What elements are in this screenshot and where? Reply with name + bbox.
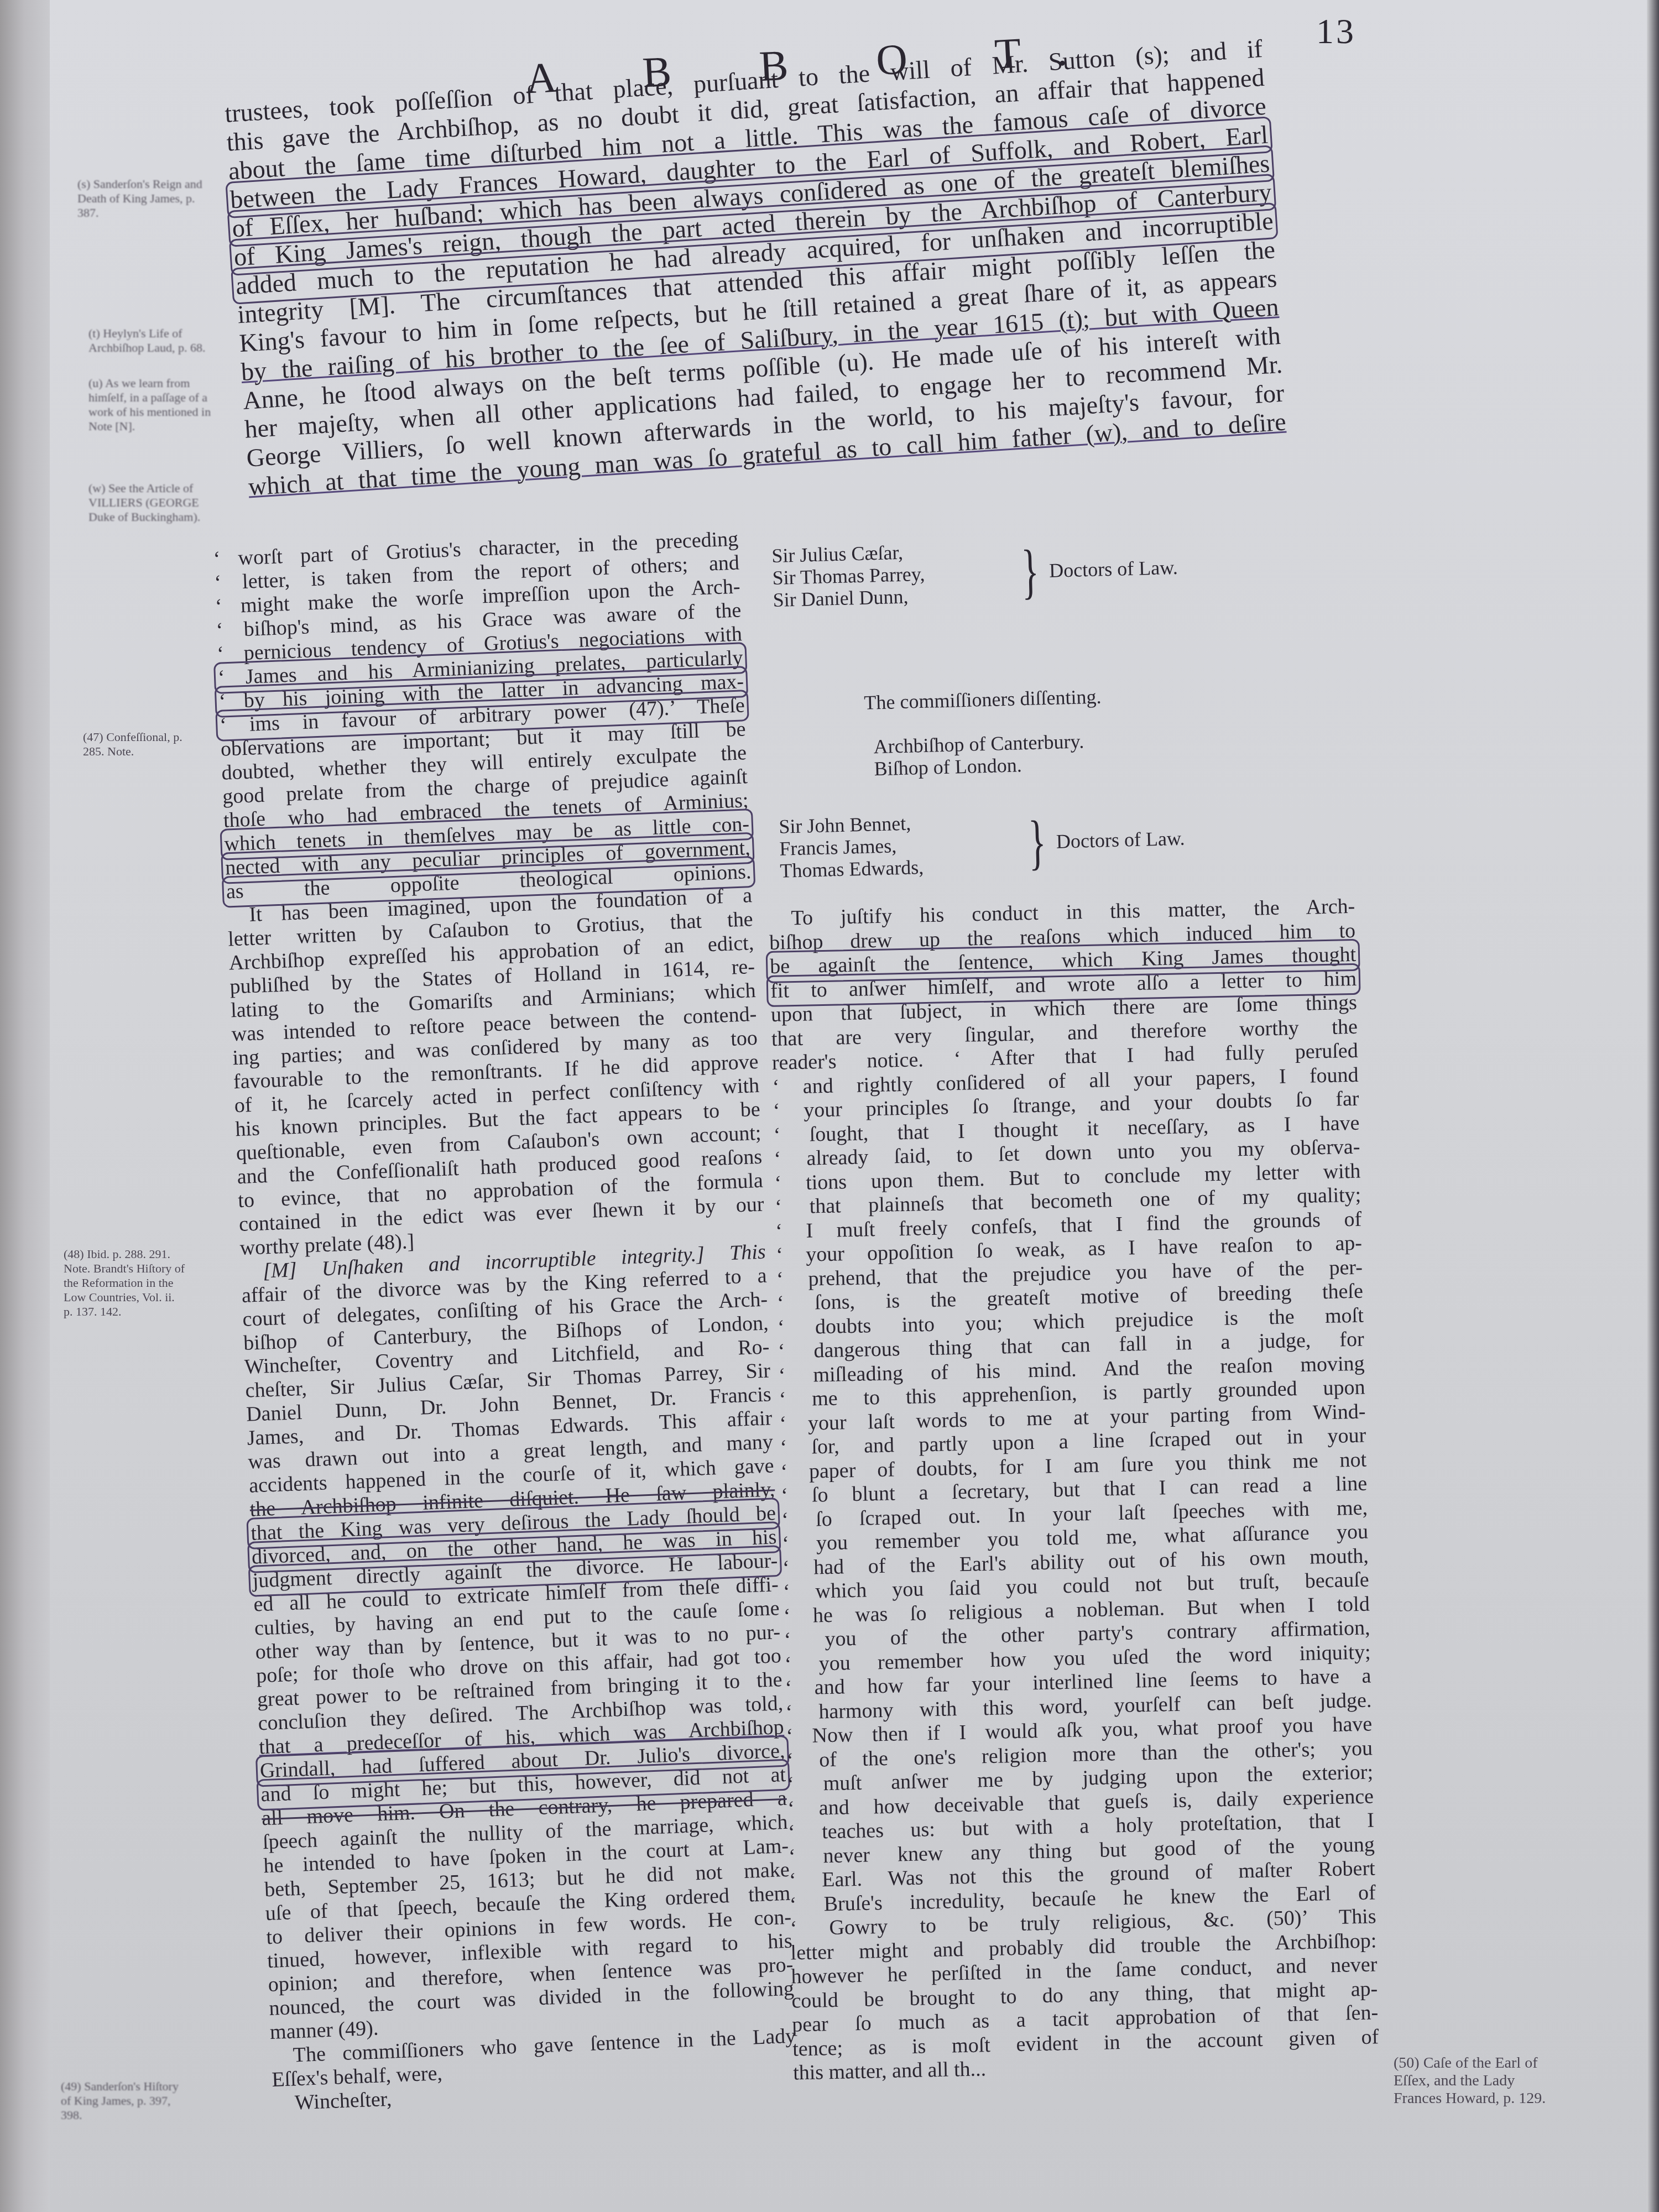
margin-note-50: (50) Caſe of the Earl of Eſſex, and the …	[1394, 2054, 1559, 2107]
margin-note-48: (48) Ibid. p. 288. 291. Note. Brandt's H…	[64, 1247, 185, 1319]
dissent-names: Sir John Bennet, Francis James, Thomas E…	[779, 809, 1024, 881]
dissent-bishops: Archbiſhop of Canterbury. Biſhop of Lond…	[873, 724, 1331, 780]
margin-note-w: (w) See the Article of VILLIERS (GEORGE …	[88, 481, 216, 524]
margin-note-47: (47) Confeſſional, p. 285. Note.	[83, 730, 188, 759]
assenting-group: Sir Julius Cæſar, Sir Thomas Parrey, Sir…	[771, 530, 1326, 611]
brace-icon: }	[1028, 817, 1047, 867]
margin-note-49: (49) Sanderſon's Hiſtory of King James, …	[61, 2079, 188, 2122]
dissent-heading: The commiſſioners diſſenting.	[864, 680, 1329, 714]
page-edge	[1647, 0, 1659, 2212]
right-column: To juſtify his conduct in this matter, t…	[769, 895, 1379, 2085]
margin-note-u: (u) As we learn from himſelf, in a paſſa…	[88, 376, 216, 434]
brace-icon: }	[1021, 546, 1040, 596]
doctors-of-law-label: Doctors of Law.	[1049, 556, 1178, 582]
margin-note-t: (t) Heylyn's Life of Archbiſhop Laud, p.…	[88, 326, 216, 355]
assenting-names: Sir Julius Cæſar, Sir Thomas Parrey, Sir…	[771, 538, 1016, 611]
page-number: 13	[1316, 11, 1356, 52]
top-paragraph: trustees, took poſſeſſion of that place,…	[224, 34, 1287, 502]
doctors-of-law-label: Doctors of Law.	[1056, 827, 1186, 853]
margin-note-s: (s) Sanderſon's Reign and Death of King …	[77, 177, 205, 220]
left-column: ‘ worſt part of Grotius's character, in …	[213, 528, 798, 2116]
commissioners-list: Sir Julius Cæſar, Sir Thomas Parrey, Sir…	[771, 530, 1333, 882]
